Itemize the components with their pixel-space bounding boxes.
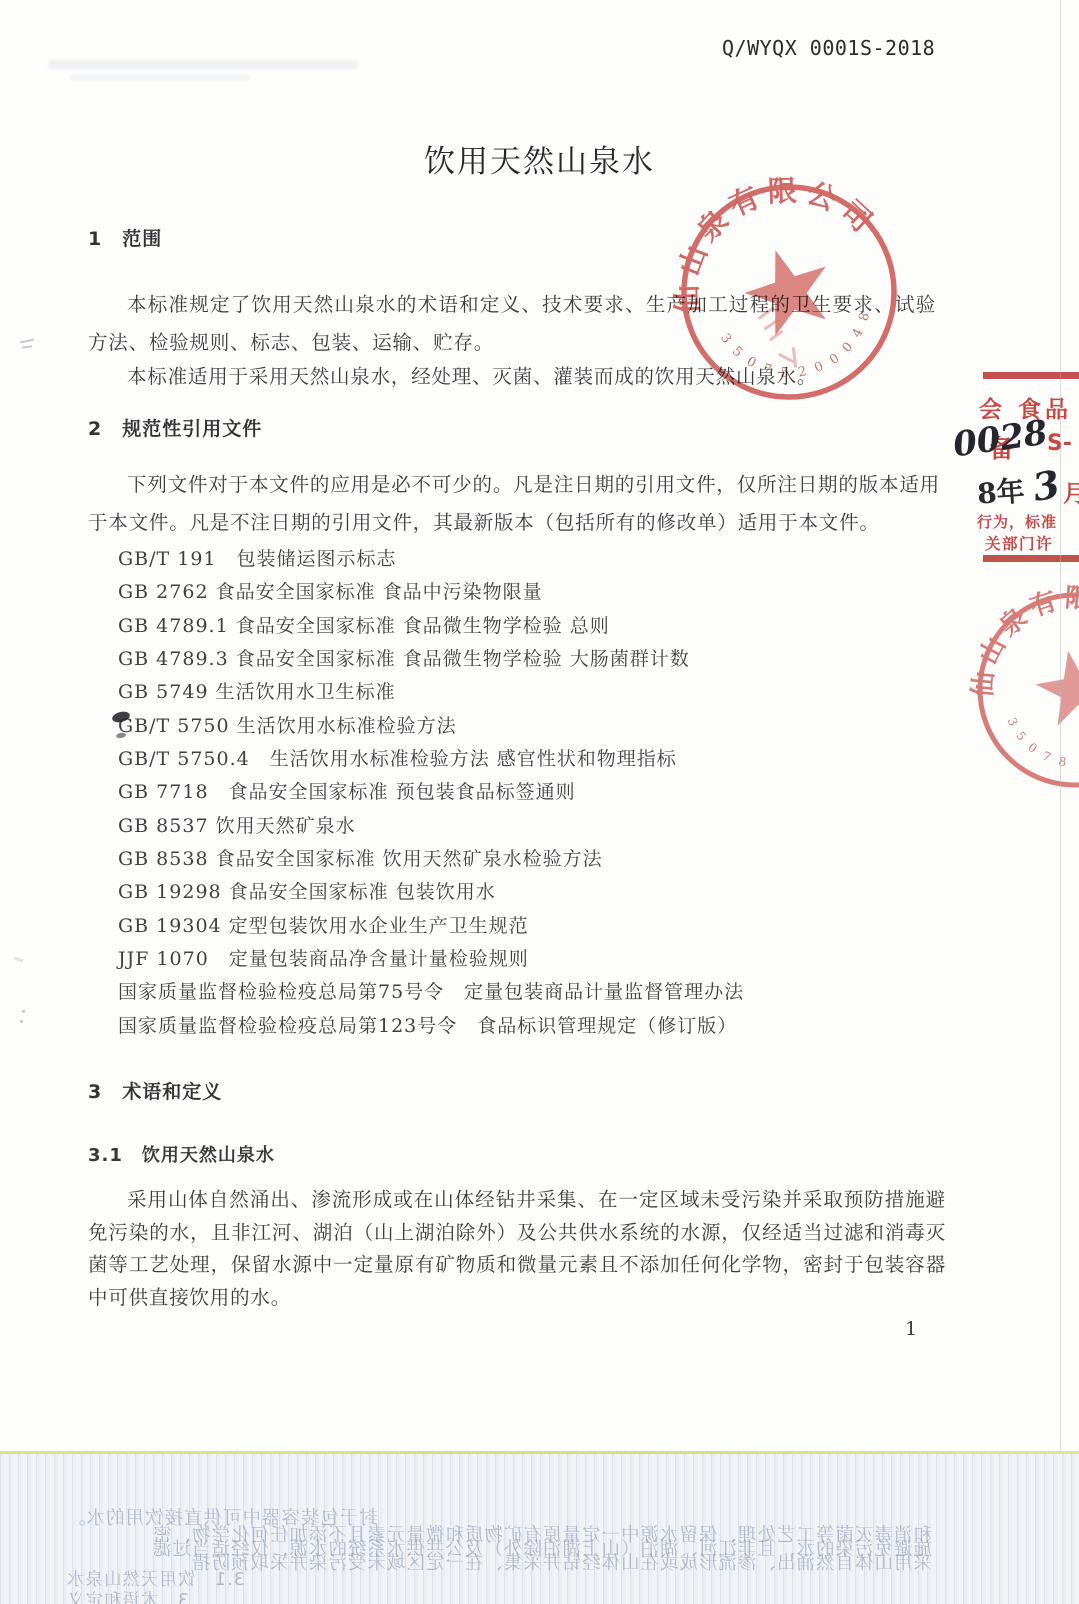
filing-stamp-line4: 行为，标准 [977, 511, 1057, 532]
margin-mark [22, 345, 32, 348]
reference-item: GB 19304 定型包装饮用水企业生产卫生规范 [118, 910, 938, 943]
seal-star-icon [735, 237, 842, 341]
filing-stamp-handwritten-month-digit: 3 [1029, 461, 1063, 510]
margin-mark [20, 1020, 23, 1023]
section-3-1-heading: 3.1 饮用天然山泉水 [88, 1141, 275, 1167]
filing-stamp: 会 食品 备 S- 0028 8年 3 月 行为，标准 关部门许 [983, 372, 1079, 562]
company-seal-stamp: 仙山泉有限公司 3 5 0 7 5 2 0 0 0 4 8 [664, 168, 916, 416]
filing-stamp-line5: 关部门许 [985, 532, 1053, 554]
references-list: GB/T 191 包装储运图示标志 GB 2762 食品安全国家标准 食品中污染… [118, 543, 938, 1043]
document-title: 饮用天然山泉水 [0, 136, 1079, 181]
section-1-heading: 1 范围 [88, 224, 162, 251]
page-edge-line [1060, 0, 1061, 1604]
reference-item: GB 19298 食品安全国家标准 包装饮用水 [118, 876, 938, 909]
document-code: Q/WYQX 0001S-2018 [722, 36, 962, 60]
top-bleed-smudge [48, 60, 358, 69]
page-number: 1 [905, 1318, 917, 1340]
reference-item: JJF 1070 定量包装商品净含量计量检验规则 [118, 943, 938, 976]
filing-stamp-month-char: 月 [1063, 475, 1079, 508]
reference-item: GB/T 5750 生活饮用水标准检验方法 [118, 710, 938, 743]
reference-item: 国家质量监督检验检疫总局第75号令 定量包装商品计量监督管理办法 [118, 976, 938, 1009]
reference-item: GB/T 5750.4 生活饮用水标准检验方法 感官性状和物理指标 [118, 743, 938, 776]
filing-stamp-handwritten-number: 0028 [951, 413, 1050, 466]
section-2-heading: 2 规范性引用文件 [88, 414, 262, 441]
top-bleed-smudge-2 [70, 74, 250, 81]
definition-paragraph: 采用山体自然涌出、渗流形成或在山体经钻井采集、在一定区域未受污染并采取预防措施避… [88, 1184, 946, 1314]
document-page: Q/WYQX 0001S-2018 饮用天然山泉水 1 范围 本标准规定了饮用天… [0, 0, 1079, 1604]
bleed-through-line: 3 术语和定义 [66, 1587, 932, 1604]
reference-item: GB 8537 饮用天然矿泉水 [118, 810, 938, 843]
margin-mark [20, 339, 34, 344]
reference-item: GB 2762 食品安全国家标准 食品中污染物限量 [118, 576, 938, 609]
filing-stamp-handwritten-year: 8年 [976, 469, 1026, 512]
reference-item: GB 4789.3 食品安全国家标准 食品微生物学检验 大肠菌群计数 [118, 643, 938, 676]
separator-line [0, 1451, 1079, 1454]
reference-item: GB 4789.1 食品安全国家标准 食品微生物学检验 总则 [118, 610, 938, 643]
reference-item: GB 5749 生活饮用水卫生标准 [118, 676, 938, 709]
margin-mark [14, 957, 23, 963]
margin-mark [22, 1010, 25, 1013]
reference-item: GB 7718 食品安全国家标准 预包装食品标签通则 [118, 776, 938, 809]
references-intro-paragraph: 下列文件对于本文件的应用是必不可少的。凡是注日期的引用文件，仅所注日期的版本适用… [88, 466, 940, 542]
section-3-heading: 3 术语和定义 [88, 1077, 222, 1104]
reference-item: GB/T 191 包装储运图示标志 [118, 543, 938, 576]
edge-seal-star-icon [1031, 644, 1079, 728]
reference-item: GB 8538 食品安全国家标准 饮用天然矿泉水检验方法 [118, 843, 938, 876]
reference-item: 国家质量监督检验检疫总局第123号令 食品标识管理规定（修订版） [118, 1010, 938, 1043]
